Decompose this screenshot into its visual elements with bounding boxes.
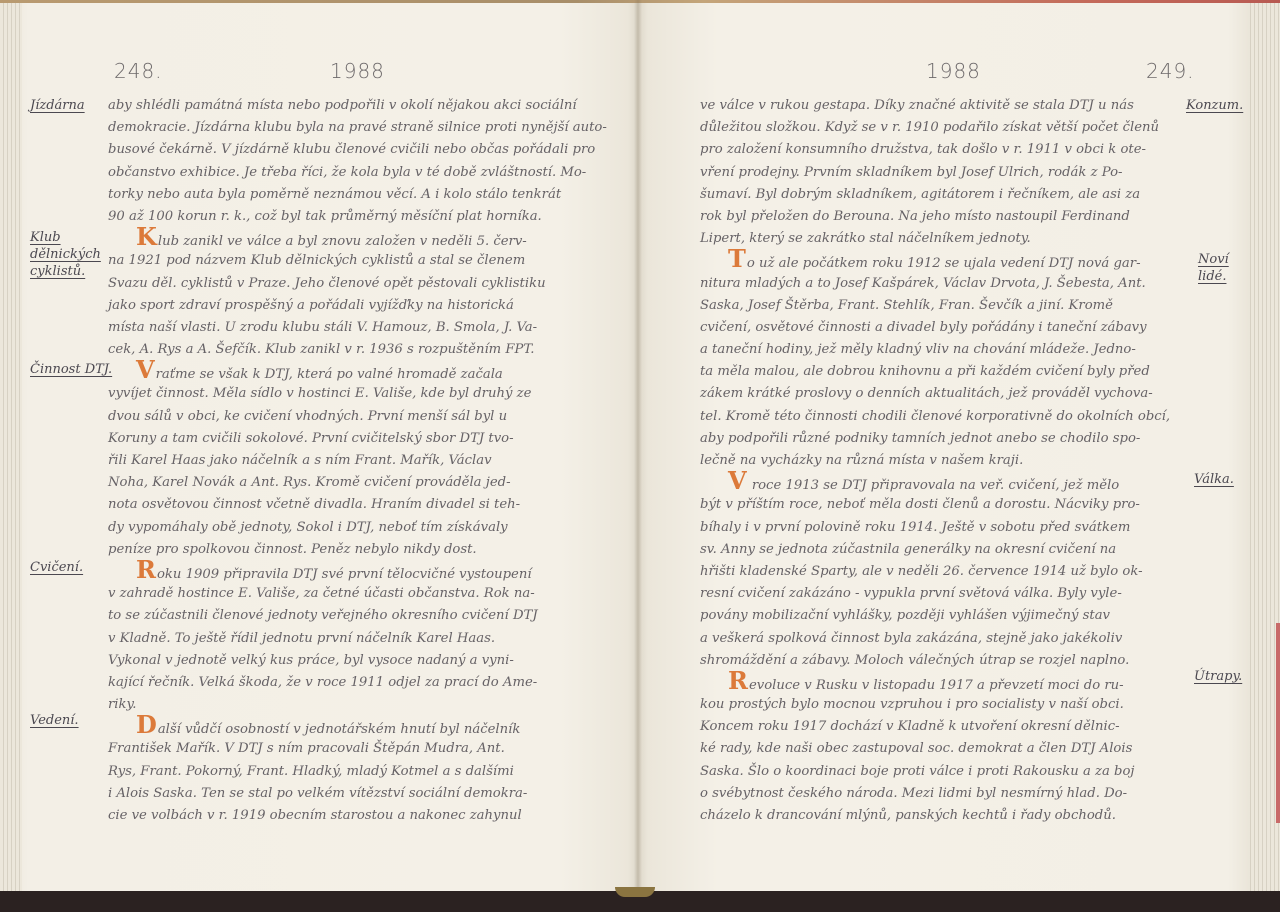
text-line: lub zanikl ve válce a byl znovu založen … <box>158 234 527 249</box>
text-line: torky nebo auta byla poměrně neznámou vě… <box>108 184 607 206</box>
text-line: o svébytnost českého národa. Mezi lidmi … <box>700 783 1170 805</box>
text-line: lečně na vycházky na různá místa v našem… <box>700 450 1170 472</box>
margin-note-text: Noví <box>1198 251 1229 268</box>
text-line: cie ve volbách v r. 1919 obecním starost… <box>108 805 607 827</box>
text-line: ké rady, kde naši obec zastupoval soc. d… <box>700 738 1170 760</box>
drop-cap-initial: R <box>728 666 748 695</box>
text-line: 90 až 100 korun r. k., což byl tak průmě… <box>108 206 607 228</box>
margin-note-text: Cvičení. <box>30 559 83 576</box>
drop-cap-initial: K <box>136 222 157 251</box>
text-line: na 1921 pod názvem Klub dělnických cykli… <box>108 250 607 272</box>
text-line: Saska. Šlo o koordinaci boje proti válce… <box>700 761 1170 783</box>
margin-note-valka: Válka. <box>1194 471 1234 488</box>
text-line: dy vypomáhaly obě jednoty, Sokol i DTJ, … <box>108 517 607 539</box>
margin-note-klub-delnickych-cyklistu: Klub dělnických cyklistů. <box>30 229 101 280</box>
text-line: sv. Anny se jednota zúčastnila generálky… <box>700 539 1170 561</box>
margin-note-utrapy: Útrapy. <box>1194 668 1242 685</box>
text-line: bíhaly i v první polovině roku 1914. Ješ… <box>700 517 1170 539</box>
page-number-right: 249. <box>1146 59 1195 83</box>
margin-note-text: Klub <box>30 229 101 246</box>
text-line: peníze pro spolkovou činnost. Peněz neby… <box>108 539 607 561</box>
text-line: kou prostých bylo mocnou vzpruhou i pro … <box>700 694 1170 716</box>
text-line: oku 1909 připravila DTJ své první tělocv… <box>157 567 532 582</box>
text-line: a taneční hodiny, jež měly kladný vliv n… <box>700 339 1170 361</box>
drop-cap-initial: T <box>728 244 746 273</box>
text-line: shromáždění a zábavy. Moloch válečných ú… <box>700 650 1170 672</box>
margin-note-text: Válka. <box>1194 471 1234 488</box>
text-line: Noha, Karel Novák a Ant. Rys. Kromě cvič… <box>108 472 607 494</box>
text-line: evoluce v Rusku v listopadu 1917 a převz… <box>749 678 1124 693</box>
year-header-right: 1988 <box>926 59 981 83</box>
text-line-first: V roce 1913 se DTJ připravovala na veř. … <box>700 472 1170 494</box>
red-page-edge <box>1276 623 1280 823</box>
text-line: roce 1913 se DTJ připravovala na veř. cv… <box>748 478 1120 493</box>
margin-note-text: Činnost DTJ. <box>30 361 112 378</box>
text-line: kající řečník. Velká škoda, že v roce 19… <box>108 672 607 694</box>
text-line-first: Klub zanikl ve válce a byl znovu založen… <box>108 228 607 250</box>
text-line: vření prodejny. Prvním skladníkem byl Jo… <box>700 162 1170 184</box>
text-line: šumaví. Byl dobrým skladníkem, agitátore… <box>700 184 1170 206</box>
text-line: ta měla malou, ale dobrou knihovnu a při… <box>700 361 1170 383</box>
text-line: Rys, Frant. Pokorný, Frant. Hladký, mlad… <box>108 761 607 783</box>
text-line: Lipert, který se zakrátko stal náčelníke… <box>700 228 1170 250</box>
paragraph-novi-lide: To už ale počátkem roku 1912 se ujala ve… <box>700 250 1170 472</box>
text-line-first: Další vůdčí osobností v jednotářském hnu… <box>108 716 607 738</box>
right-page-body: ve válce v rukou gestapa. Díky značné ak… <box>700 95 1170 827</box>
text-line: místa naší vlasti. U zrodu klubu stáli V… <box>108 317 607 339</box>
margin-note-text: cyklistů. <box>30 263 101 280</box>
text-line: rok byl přeložen do Berouna. Na jeho mís… <box>700 206 1170 228</box>
right-page: 1988 249. Konzum. Noví lidé. Válka. Útra… <box>638 3 1280 891</box>
text-line: jako sport zdraví prospěšný a pořádali v… <box>108 295 607 317</box>
text-line: důležitou složkou. Když se v r. 1910 pod… <box>700 117 1170 139</box>
text-line-first: Vraťme se však k DTJ, která po valné hro… <box>108 361 607 383</box>
year-header-left: 1988 <box>330 59 385 83</box>
margin-note-text: lidé. <box>1198 268 1229 285</box>
margin-note-vedeni: Vedení. <box>30 712 79 729</box>
left-page-body: aby shlédli památná místa nebo podpořili… <box>108 95 607 827</box>
text-line: to se zúčastnili členové jednoty veřejné… <box>108 605 607 627</box>
margin-note-text: dělnických <box>30 246 101 263</box>
text-line: cek, A. Rys a A. Šefčík. Klub zanikl v r… <box>108 339 607 361</box>
text-line: cvičení, osvětové činnosti a divadel byl… <box>700 317 1170 339</box>
text-line: Saska, Josef Štěrba, Frant. Stehlík, Fra… <box>700 295 1170 317</box>
text-line-first: To už ale počátkem roku 1912 se ujala ve… <box>700 250 1170 272</box>
text-line: busové čekárně. V jízdárně klubu členové… <box>108 139 607 161</box>
paragraph-konzum: ve válce v rukou gestapa. Díky značné ak… <box>700 95 1170 250</box>
drop-cap-initial: V <box>728 466 747 495</box>
text-line: aby podpořili různé podniky tamních jedn… <box>700 428 1170 450</box>
book-spine <box>634 0 642 895</box>
text-line: povány mobilizační vyhlášky, později vyh… <box>700 605 1170 627</box>
margin-note-text: Vedení. <box>30 712 79 729</box>
text-line: v Kladně. To ještě řídil jednotu první n… <box>108 628 607 650</box>
margin-note-text: Konzum. <box>1186 97 1243 114</box>
text-line: vyvíjet činnost. Měla sídlo v hostinci E… <box>108 383 607 405</box>
open-book: 248. 1988 Jízdárna Klub dělnických cykli… <box>0 0 1280 895</box>
text-line: hřišti kladenské Sparty, ale v neděli 26… <box>700 561 1170 583</box>
text-line: Svazu děl. cyklistů v Praze. Jeho členov… <box>108 273 607 295</box>
margin-note-text: Útrapy. <box>1194 668 1242 685</box>
text-line: občanstvo exhibice. Je třeba říci, že ko… <box>108 162 607 184</box>
page-number-left: 248. <box>114 59 163 83</box>
margin-note-novi-lide: Noví lidé. <box>1198 251 1229 285</box>
text-line: tel. Kromě této činnosti chodili členové… <box>700 406 1170 428</box>
text-line: Vykonal v jednotě velký kus práce, byl v… <box>108 650 607 672</box>
paragraph-vedeni: Další vůdčí osobností v jednotářském hnu… <box>108 716 607 827</box>
text-line: Koruny a tam cvičili sokolové. První cvi… <box>108 428 607 450</box>
text-line: alší vůdčí osobností v jednotářském hnut… <box>158 722 521 737</box>
text-line: Koncem roku 1917 dochází v Kladně k utvo… <box>700 716 1170 738</box>
paragraph-utrapy: Revoluce v Rusku v listopadu 1917 a přev… <box>700 672 1170 827</box>
margin-note-konzum: Konzum. <box>1186 97 1243 114</box>
text-line: František Mařík. V DTJ s ním pracovali Š… <box>108 738 607 760</box>
margin-note-text: Jízdárna <box>30 97 85 114</box>
text-line: aby shlédli památná místa nebo podpořili… <box>108 95 607 117</box>
margin-note-jizdarna: Jízdárna <box>30 97 85 114</box>
paragraph-jizdarna: aby shlédli památná místa nebo podpořili… <box>108 95 607 228</box>
paragraph-cviceni: Roku 1909 připravila DTJ své první těloc… <box>108 561 607 716</box>
paragraph-valka: V roce 1913 se DTJ připravovala na veř. … <box>700 472 1170 672</box>
drop-cap-initial: D <box>136 710 157 739</box>
text-line: i Alois Saska. Ten se stal po velkém vít… <box>108 783 607 805</box>
text-line: a veškerá spolková činnost byla zakázána… <box>700 628 1170 650</box>
text-line-first: Roku 1909 připravila DTJ své první těloc… <box>108 561 607 583</box>
margin-note-cinnost-dtj: Činnost DTJ. <box>30 361 112 378</box>
text-line: zákem krátké proslovy o denních aktualit… <box>700 383 1170 405</box>
text-line: řili Karel Haas jako náčelník a s ním Fr… <box>108 450 607 472</box>
text-line: být v příštím roce, neboť měla dosti čle… <box>700 494 1170 516</box>
text-line: ve válce v rukou gestapa. Díky značné ak… <box>700 95 1170 117</box>
drop-cap-initial: R <box>136 555 156 584</box>
left-page: 248. 1988 Jízdárna Klub dělnických cykli… <box>0 3 638 891</box>
paragraph-klub: Klub zanikl ve válce a byl znovu založen… <box>108 228 607 361</box>
book-headband <box>615 887 655 897</box>
text-line: resní cvičení zakázáno - vypukla první s… <box>700 583 1170 605</box>
text-line: riky. <box>108 694 607 716</box>
text-line: v zahradě hostince E. Vališe, za četné ú… <box>108 583 607 605</box>
text-line: nota osvětovou činnost včetně divadla. H… <box>108 494 607 516</box>
margin-note-cviceni: Cvičení. <box>30 559 83 576</box>
text-line: nitura mladých a to Josef Kašpárek, Václ… <box>700 273 1170 295</box>
page-edges-left <box>0 3 22 891</box>
text-line-first: Revoluce v Rusku v listopadu 1917 a přev… <box>700 672 1170 694</box>
paragraph-cinnost: Vraťme se však k DTJ, která po valné hro… <box>108 361 607 561</box>
text-line: cházelo k drancování mlýnů, panských kec… <box>700 805 1170 827</box>
text-line: pro založení konsumního družstva, tak do… <box>700 139 1170 161</box>
text-line: raťme se však k DTJ, která po valné hrom… <box>156 367 503 382</box>
text-line: dvou sálů v obci, ke cvičení vhodných. P… <box>108 406 607 428</box>
drop-cap-initial: V <box>136 355 155 384</box>
text-line: demokracie. Jízdárna klubu byla na pravé… <box>108 117 607 139</box>
text-line: o už ale počátkem roku 1912 se ujala ved… <box>747 256 1141 271</box>
